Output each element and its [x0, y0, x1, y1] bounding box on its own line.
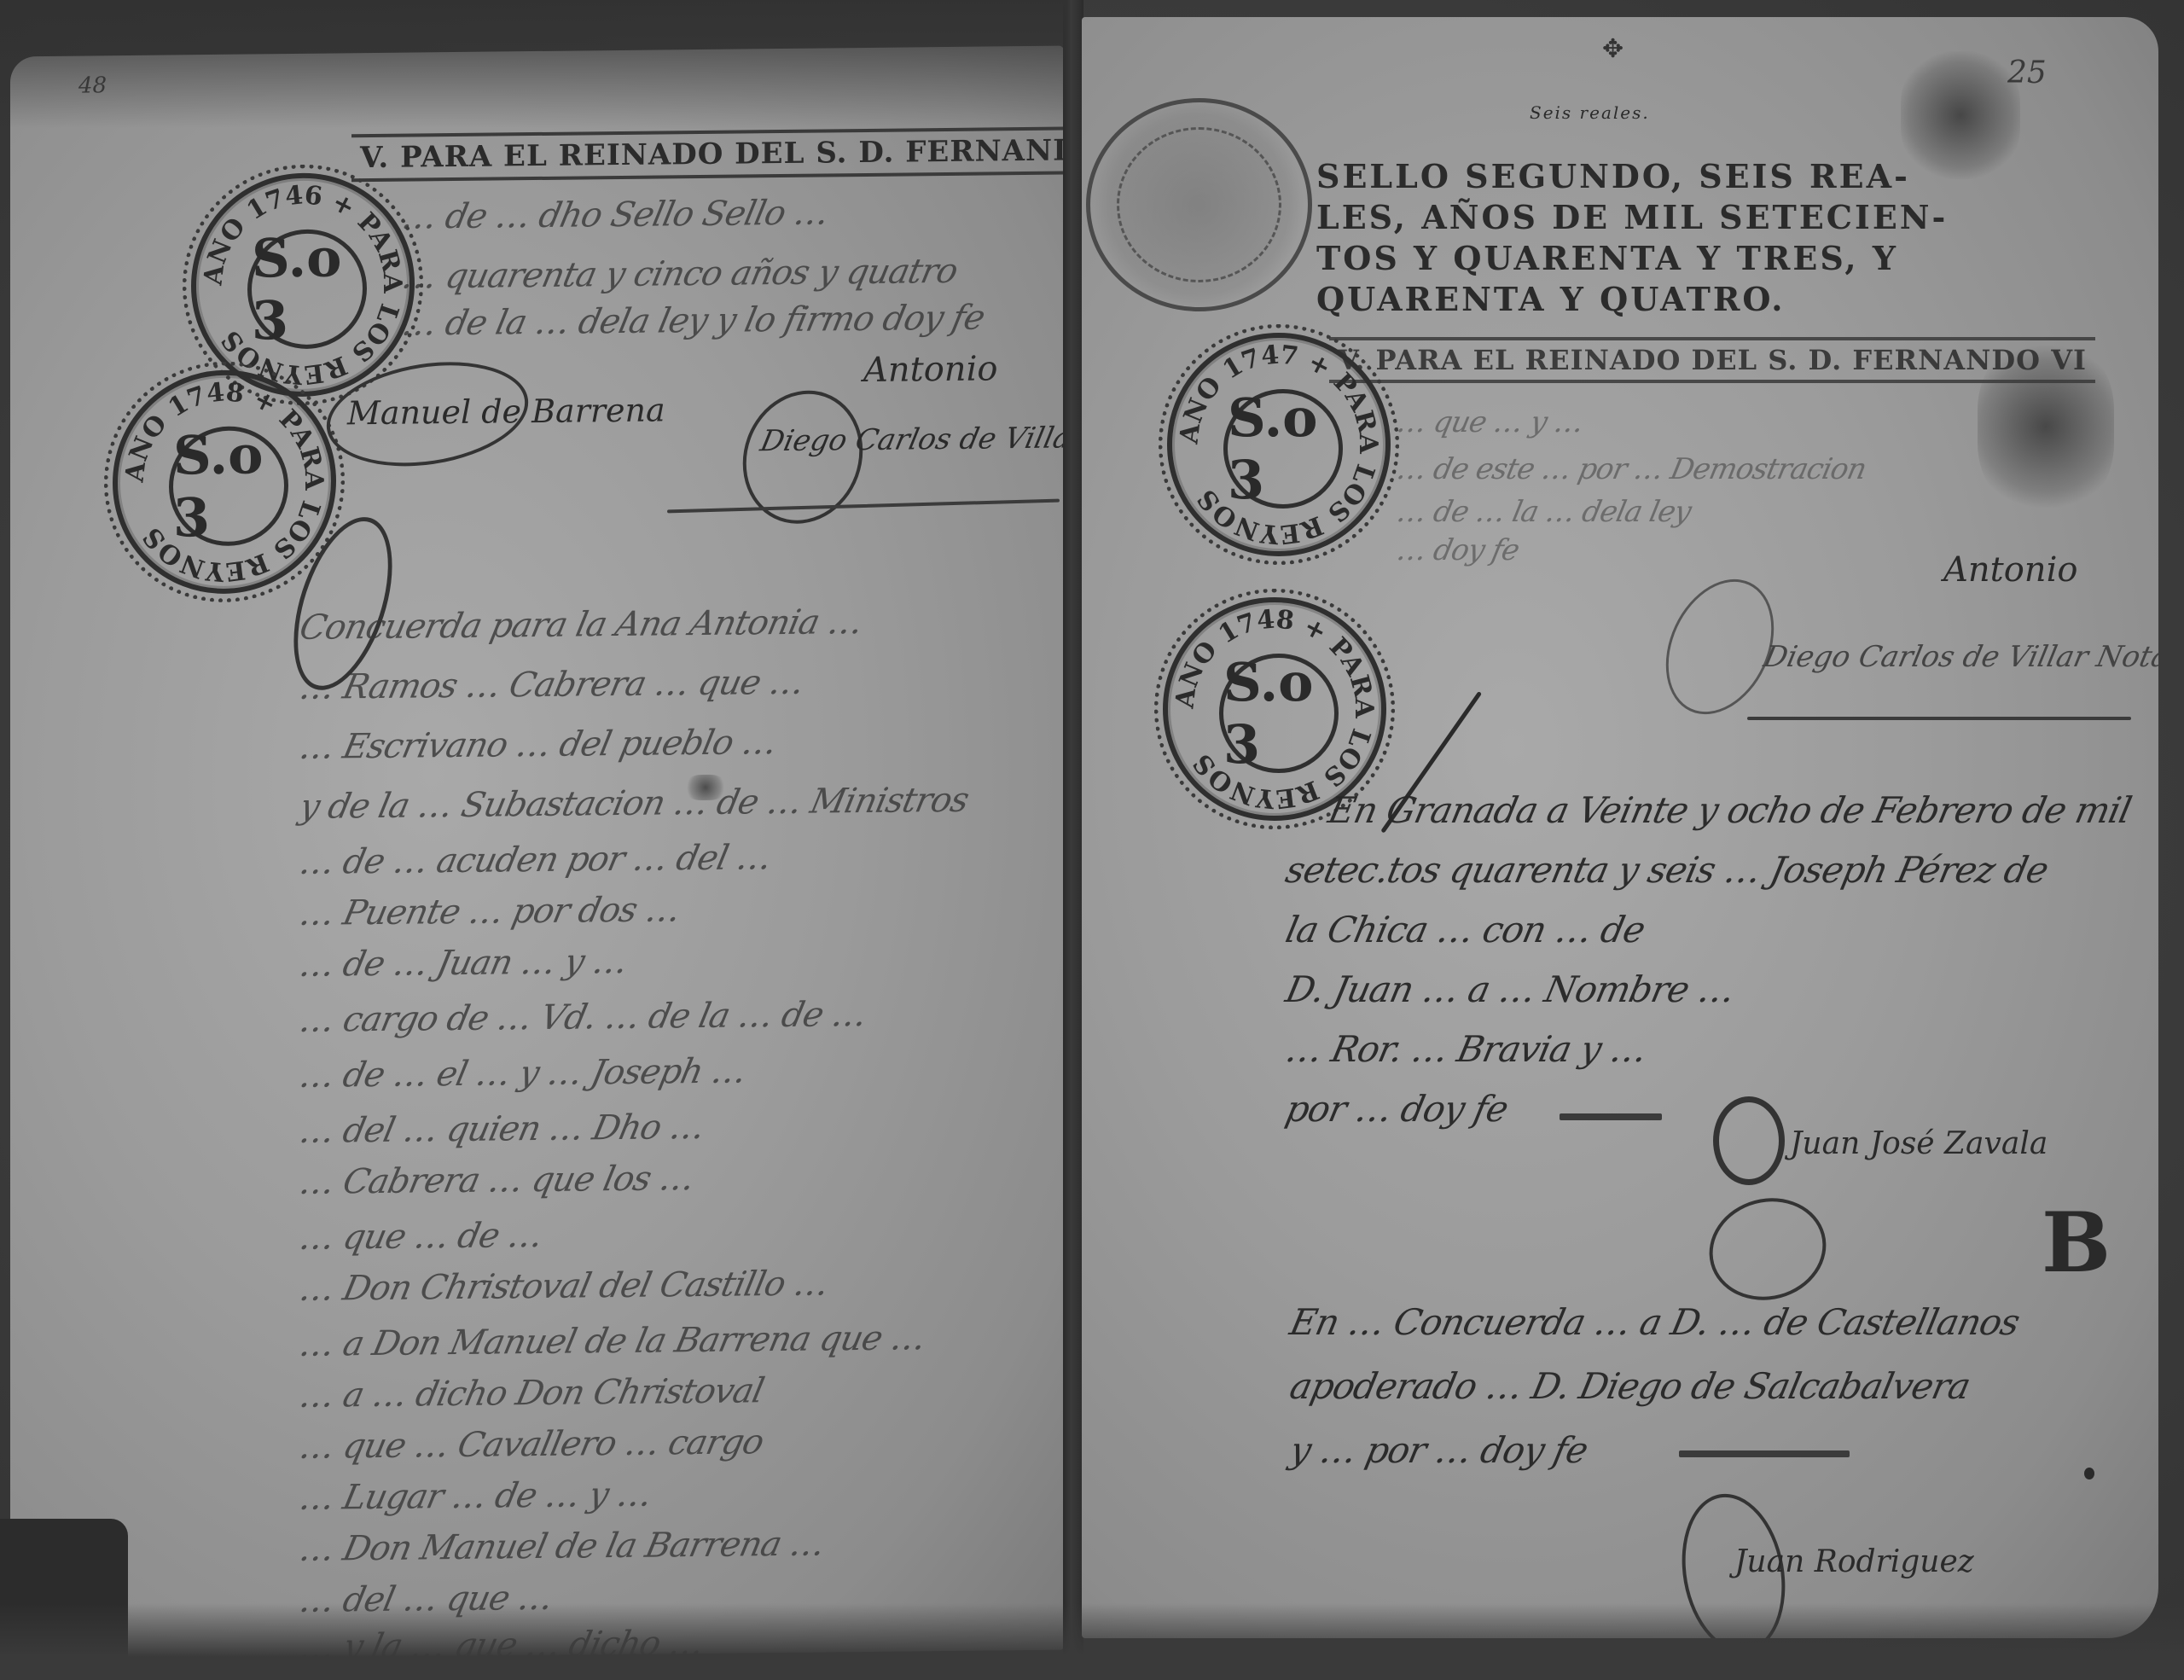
signature-flourish — [1713, 1096, 1785, 1185]
left-body-line: … a … dicho Don Christoval — [296, 1371, 767, 1416]
signature-diego-villar: Diego Carlos de Villar Notario — [758, 420, 1064, 459]
entry2-line: En … Concuerda … a D. … de Castellanos — [1287, 1301, 2023, 1343]
left-body-line: … Don Christoval del Castillo … — [296, 1264, 832, 1309]
left-body-line: … Cabrera … que los … — [296, 1159, 698, 1202]
divider-rule — [667, 499, 1060, 514]
printed-seal-title-line-1: SELLO SEGUNDO, SEIS REA- — [1316, 155, 1910, 198]
left-printed-banner: V. PARA EL REINADO DEL S. D. FERNANDO VI — [351, 125, 1064, 182]
stamp-center: S.o 3 — [1219, 654, 1339, 773]
left-body-line: … Lugar … de … y … — [296, 1475, 655, 1518]
ink-dot — [2084, 1468, 2094, 1479]
entry1-line: por … doy fe — [1282, 1088, 1512, 1130]
left-folio-mark: 48 — [78, 73, 107, 98]
signature-antonio: Antonio — [1943, 550, 2077, 590]
left-page: 48 V. PARA EL REINADO DEL S. D. FERNANDO… — [10, 46, 1064, 1661]
left-body-line: … Escrivano … del pueblo … — [296, 723, 780, 767]
cross-mark-icon: ✥ — [1602, 34, 1623, 64]
entry1-line: D. Juan … a … Nombre … — [1282, 968, 1739, 1010]
signature-antonio: Antonio — [863, 349, 997, 390]
left-body-line: … del … que … — [296, 1578, 556, 1620]
signature-juan-rodriguez: Juan Rodriguez — [1734, 1544, 1974, 1579]
left-body-line: … Don Manuel de la Barrena … — [296, 1524, 828, 1569]
tax-stamp-1747: ANO 1747 + PARA LOS REYNOS S.o 3 — [1167, 333, 1391, 556]
book-gutter — [1063, 0, 1083, 1680]
left-body-line: … a Don Manuel de la Barrena que … — [296, 1318, 929, 1364]
royal-embossed-seal — [1086, 98, 1312, 311]
printed-seal-title-line-2: LES, AÑOS DE MIL SETECIEN- — [1316, 196, 1948, 239]
left-body-line: … que … de … — [296, 1216, 546, 1258]
ink-stain — [1901, 51, 2020, 179]
left-body-line: … que … Cavallero … cargo — [296, 1422, 767, 1467]
signature-dash — [1560, 1113, 1662, 1120]
left-body-line: … de … el … y … Joseph … — [296, 1051, 750, 1096]
ink-blot — [684, 775, 727, 801]
signature-dash — [1679, 1450, 1850, 1457]
entry1-line: la Chica … con … de — [1282, 909, 1648, 950]
left-body-line: … Ramos … Cabrera … que … — [296, 663, 807, 707]
entry1-line: setec.tos quarenta y seis … Joseph Pérez… — [1282, 849, 2052, 891]
page-edge-shadow — [0, 1519, 128, 1680]
printed-price-label: Seis reales. — [1530, 102, 1650, 123]
right-page: 25 ✥ Seis reales. SELLO SEGUNDO, SEIS RE… — [1082, 17, 2158, 1638]
right-printed-banner: V. PARA EL REINADO DEL S. D. FERNANDO VI — [1329, 337, 2095, 383]
printed-seal-title-line-3: TOS Y QUARENTA Y TRES, Y — [1316, 237, 1898, 280]
entry2-line: apoderado … D. Diego de Salcabalvera — [1287, 1365, 1974, 1407]
printed-seal-title-line-4: QUARENTA Y QUATRO. — [1316, 278, 1786, 321]
signature-manuel-barrena: Manuel de Barrena — [347, 391, 665, 432]
tax-stamp-1748: ANO 1748 + PARA LOS REYNOS S.o 3 — [1163, 597, 1386, 821]
rubric-mark: B — [2042, 1195, 2111, 1291]
entry1-line: … Ror. … Bravia y … — [1282, 1028, 1651, 1070]
left-body-line: … de … Juan … y … — [296, 942, 630, 985]
entry2-line: y … por … doy fe — [1287, 1429, 1591, 1471]
stamp-center: S.o 3 — [169, 426, 288, 546]
stamp-center: S.o 3 — [247, 229, 367, 349]
tax-stamp-1748: ANO 1748 + PARA LOS REYNOS S.o 3 — [113, 369, 336, 595]
left-body-line: … del … quien … Dho … — [296, 1107, 708, 1151]
right-header-line-2: … de este … por … Demostracion — [1394, 452, 1869, 486]
entry1-line: En Granada a Veinte y ocho de Febrero de… — [1325, 789, 2135, 831]
right-header-line-3: … de … la … dela ley — [1394, 495, 1694, 529]
left-header-line-3: … de la … dela ley y lo firmo doy fe — [398, 298, 988, 343]
left-header-line-2: … quarenta y cinco años y quatro — [398, 252, 961, 297]
signature-diego-villar: Diego Carlos de Villar Notario — [1761, 640, 2158, 674]
stamp-center: S.o 3 — [1223, 389, 1343, 509]
right-header-line-4: … doy fe — [1394, 533, 1522, 567]
left-body-line: Concuerda para la Ana Antonia … — [296, 602, 866, 648]
left-body-line: y de la … Subastacion … de … Ministros — [296, 781, 972, 827]
signature-flourish — [1698, 1185, 1838, 1313]
right-header-line-1: … que … y … — [1394, 405, 1587, 439]
signature-juan-zavala: Juan José Zavala — [1790, 1126, 2047, 1161]
left-body-line: … Puente … por dos … — [296, 890, 683, 933]
divider-rule — [1747, 717, 2131, 720]
left-body-line: … cargo de … Vd. … de la … de … — [296, 995, 870, 1040]
left-header-line-1: … de … dho Sello Sello … — [398, 193, 832, 236]
left-body-line: … de … acuden por … del … — [296, 838, 775, 882]
